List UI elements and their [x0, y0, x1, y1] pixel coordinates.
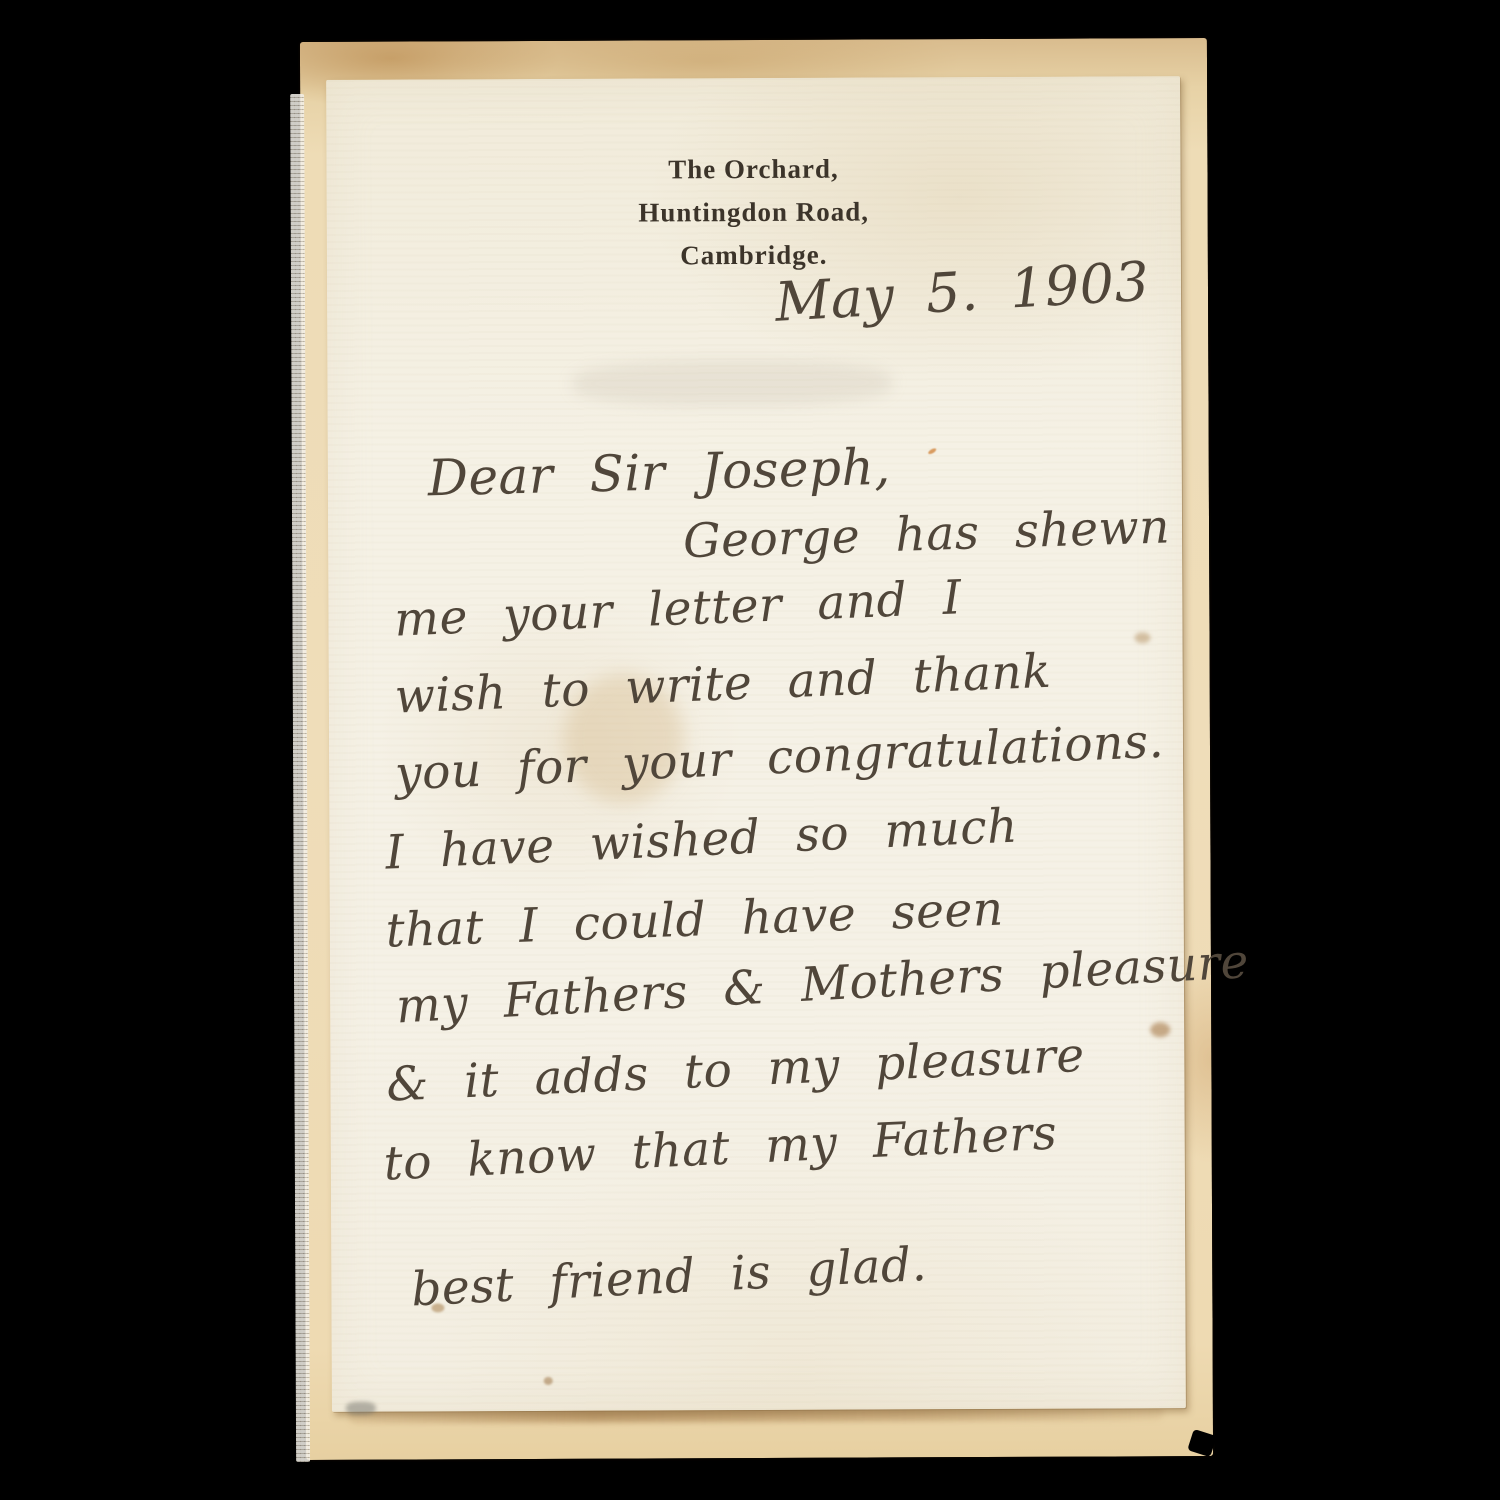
handwritten-line: George has shewn	[682, 503, 1170, 565]
handwritten-line: I have wished so much	[384, 803, 1018, 877]
handwritten-line: you for your congratulations.	[394, 718, 1165, 798]
handwritten-line: wish to write and thank	[394, 648, 1052, 721]
handwritten-line: to know that my Fathers	[383, 1109, 1058, 1187]
photo-background: The Orchard, Huntingdon Road, Cambridge.…	[0, 0, 1500, 1500]
foxing-spot	[1150, 1022, 1170, 1037]
salutation-line: Dear Sir Joseph,	[427, 442, 891, 504]
foxing-spot	[1134, 632, 1150, 643]
ink-showthrough	[572, 359, 892, 406]
handwritten-line: that I could have seen	[385, 886, 1004, 955]
letter-sheet: The Orchard, Huntingdon Road, Cambridge.…	[326, 76, 1186, 1412]
letter-photo: The Orchard, Huntingdon Road, Cambridge.…	[300, 38, 1213, 1460]
handwritten-line: best friend is glad.	[410, 1241, 928, 1314]
letterhead-line-1: The Orchard,	[326, 146, 1180, 193]
handwritten-line: me your letter and I	[394, 574, 963, 643]
letterhead-line-2: Huntingdon Road,	[327, 189, 1181, 236]
handwritten-line: & it adds to my pleasure	[385, 1032, 1085, 1109]
foxing-spot	[544, 1377, 553, 1385]
fiber-speck	[927, 447, 937, 455]
